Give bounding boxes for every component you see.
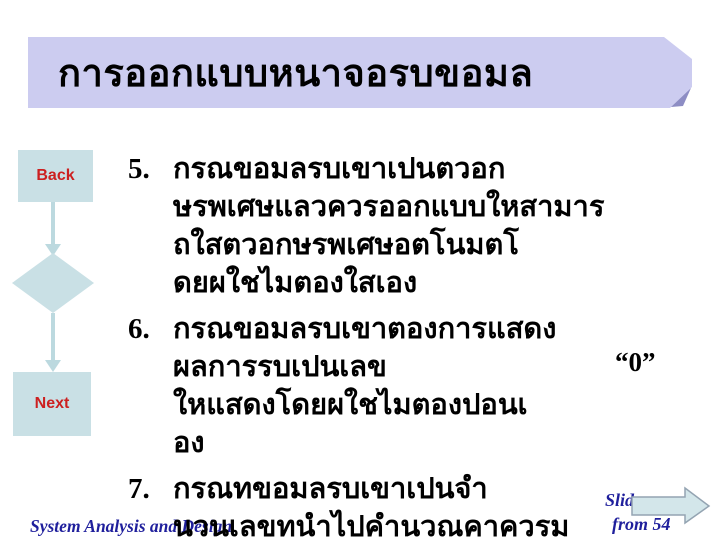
list-item-number: 5. — [128, 150, 173, 302]
list-item-text: กรณทขอมลรบเขาเปนจำ นวนเลขทนำไปคำนวณคาควร… — [173, 470, 569, 540]
down-arrow-icon — [45, 360, 61, 372]
slide-title: การออกแบบหนาจอรบขอมล — [58, 48, 658, 100]
zero-value-annotation: “0” — [615, 347, 656, 378]
list-item-text: กรณขอมลรบเขาตองการแสดง ผลการรบเปนเลข ใหแ… — [173, 310, 556, 462]
list-item-6: 6. กรณขอมลรบเขาตองการแสดง ผลการรบเปนเลข … — [128, 310, 640, 462]
list-item-number: 7. — [128, 470, 173, 540]
list-item-7: 7. กรณทขอมลรบเขาเปนจำ นวนเลขทนำไปคำนวณคา… — [128, 470, 640, 540]
next-button[interactable]: Next — [13, 372, 91, 436]
decision-diamond-shape — [12, 253, 94, 313]
list-item-5: 5. กรณขอมลรบเขาเปนตวอก ษรพเศษแลวควรออกแบ… — [128, 150, 640, 302]
list-item-text: กรณขอมลรบเขาเปนตวอก ษรพเศษแลวควรออกแบบให… — [173, 150, 604, 302]
slide-body-text: 5. กรณขอมลรบเขาเปนตวอก ษรพเศษแลวควรออกแบ… — [128, 150, 640, 540]
back-button[interactable]: Back — [18, 150, 93, 202]
list-item-number: 6. — [128, 310, 173, 462]
